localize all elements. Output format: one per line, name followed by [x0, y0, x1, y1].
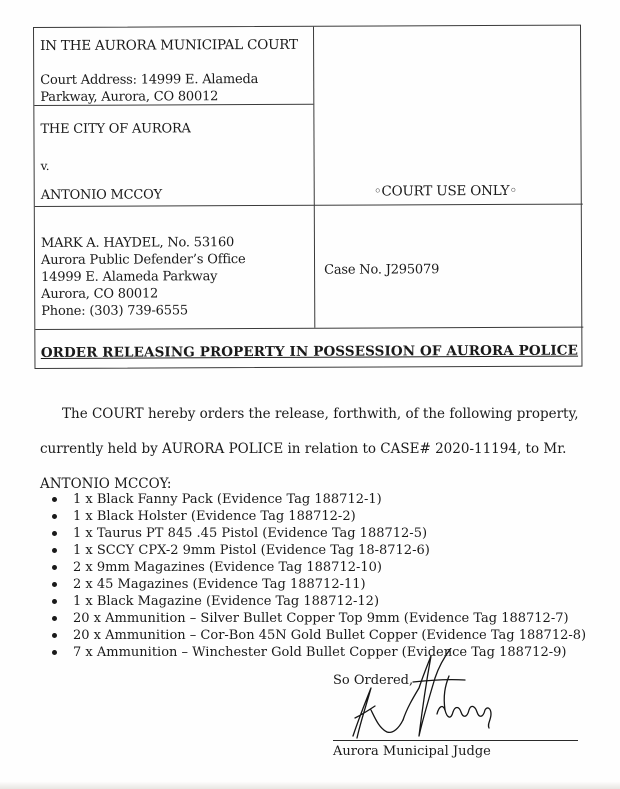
court-address-line1: Court Address: 14999 E. Alameda — [40, 71, 258, 89]
bullet-icon — [52, 650, 57, 655]
body-line: currently held by AURORA POLICE in relat… — [40, 432, 600, 467]
attorney-city: Aurora, CO 80012 — [41, 285, 246, 303]
plaintiff-name: THE CITY OF AURORA — [40, 120, 190, 138]
caption-divider — [35, 204, 583, 207]
caption-column-divider — [313, 27, 315, 328]
attorney-name: MARK A. HAYDEL, No. 53160 — [41, 234, 246, 252]
attorney-office: Aurora Public Defender’s Office — [41, 251, 246, 269]
caption-divider — [35, 327, 583, 330]
signer-title: Aurora Municipal Judge — [333, 744, 491, 759]
document-page: IN THE AURORA MUNICIPAL COURT Court Addr… — [0, 0, 620, 789]
property-list: 1 x Black Fanny Pack (Evidence Tag 18871… — [52, 491, 586, 661]
handwritten-signature-icon — [341, 648, 511, 748]
court-use-only-label: ◦COURT USE ONLY◦ — [374, 183, 517, 201]
bullet-icon — [52, 497, 57, 502]
list-item: 2 x 45 Magazines (Evidence Tag 188712-11… — [52, 576, 586, 593]
attorney-street: 14999 E. Alameda Parkway — [41, 268, 246, 286]
versus-label: v. — [41, 158, 50, 175]
order-title: ORDER RELEASING PROPERTY IN POSSESSION O… — [35, 343, 583, 361]
list-item: 1 x SCCY CPX-2 9mm Pistol (Evidence Tag … — [52, 542, 586, 559]
case-caption-table: IN THE AURORA MUNICIPAL COURT Court Addr… — [33, 25, 582, 369]
page-edge — [0, 781, 620, 789]
court-name: IN THE AURORA MUNICIPAL COURT — [40, 37, 298, 55]
list-item: 20 x Ammunition – Cor-Bon 45N Gold Bulle… — [52, 627, 586, 644]
signature-block: So Ordered, Aurora Municipal Judge — [333, 673, 578, 763]
bullet-icon — [52, 633, 57, 638]
bullet-icon — [52, 582, 57, 587]
list-item: 20 x Ammunition – Silver Bullet Copper T… — [52, 610, 586, 627]
list-item: 1 x Taurus PT 845 .45 Pistol (Evidence T… — [52, 525, 586, 542]
court-address-line2: Parkway, Aurora, CO 80012 — [40, 88, 258, 106]
bullet-icon — [52, 599, 57, 604]
list-item: 2 x 9mm Magazines (Evidence Tag 188712-1… — [52, 559, 586, 576]
body-line: The COURT hereby orders the release, for… — [62, 406, 579, 422]
attorney-info: MARK A. HAYDEL, No. 53160 Aurora Public … — [41, 234, 246, 320]
bullet-icon — [52, 565, 57, 570]
list-item: 1 x Black Fanny Pack (Evidence Tag 18871… — [52, 491, 586, 508]
bullet-icon — [52, 514, 57, 519]
court-address: Court Address: 14999 E. Alameda Parkway,… — [40, 71, 258, 106]
list-item: 1 x Black Holster (Evidence Tag 188712-2… — [52, 508, 586, 525]
defendant-name: ANTONIO MCCOY — [41, 186, 162, 204]
order-body: The COURT hereby orders the release, for… — [40, 397, 600, 502]
bullet-icon — [52, 616, 57, 621]
bullet-icon — [52, 548, 57, 553]
case-number: Case No. J295079 — [324, 261, 439, 279]
signature-line — [333, 740, 578, 741]
attorney-phone: Phone: (303) 739-6555 — [41, 302, 246, 320]
list-item: 1 x Black Magazine (Evidence Tag 188712-… — [52, 593, 586, 610]
bullet-icon — [52, 531, 57, 536]
